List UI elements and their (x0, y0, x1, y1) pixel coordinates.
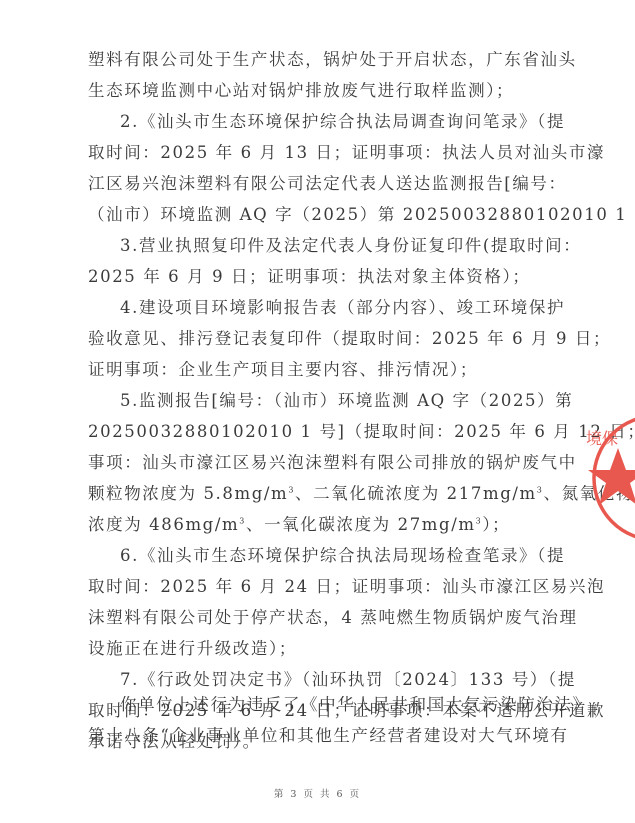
text-line: 江区易兴泡沫塑料有限公司法定代表人送达监测报告[编号： (88, 169, 552, 199)
text-line: 设施正在进行升级改造）； (88, 634, 552, 664)
evidence-item-3: 3.营业执照复印件及法定代表人身份证复印件(提取时间： (120, 231, 552, 261)
text-line: 事项：汕头市濠江区易兴泡沫塑料有限公司排放的锅炉废气中 (88, 448, 552, 478)
text-line: 取时间：2025 年 6 月 13 日；证明事项：执法人员对汕头市濠 (88, 138, 552, 168)
text-line: 第十八条“企业事业单位和其他生产经营者建设对大气环境有 (88, 721, 552, 751)
official-seal: 境保 (586, 408, 635, 548)
text-line: 沫塑料有限公司处于停产状态，4 蒸吨燃生物质锅炉废气治理 (88, 603, 552, 633)
evidence-item-2: 2.《汕头市生态环境保护综合执法局调查询问笔录》（提 (120, 107, 552, 137)
text-line: 证明事项：企业生产项目主要内容、排污情况）； (88, 355, 552, 385)
text-line: （汕市）环境监测 AQ 字（2025）第 20250032880102010 1… (88, 200, 552, 230)
seal-icon: 境保 (586, 408, 635, 548)
evidence-item-6: 6.《汕头市生态环境保护综合执法局现场检查笔录》（提 (120, 541, 552, 571)
text-line: 2025 年 6 月 9 日；证明事项：执法对象主体资格）； (88, 262, 552, 292)
evidence-item-5: 5.监测报告[编号：（汕市）环境监测 AQ 字（2025）第 (120, 386, 552, 416)
text-line: 生态环境监测中心站对锅炉排放废气进行取样监测）； (88, 76, 552, 106)
violation-paragraph: 你单位上述行为违反了《中华人民共和国大气污染防治法》 (120, 690, 552, 720)
text-line: 颗粒物浓度为 5.8mg/m3、二氧化硫浓度为 217mg/m3、氮氧化物 (88, 479, 552, 509)
svg-text:境保: 境保 (586, 429, 618, 448)
text-line: 取时间：2025 年 6 月 24 日；证明事项：汕头市濠江区易兴泡 (88, 572, 552, 602)
text-line: 验收意见、排污登记表复印件（提取时间：2025 年 6 月 9 日； (88, 324, 552, 354)
page-number: 第 3 页 共 6 页 (0, 786, 635, 800)
text-line: 20250032880102010 1 号]（提取时间：2025 年 6 月 1… (88, 417, 552, 447)
text-line: 塑料有限公司处于生产状态，锅炉处于开启状态，广东省汕头 (88, 45, 552, 75)
evidence-item-4: 4.建设项目环境影响报告表（部分内容）、竣工环境保护 (120, 293, 552, 323)
text-line: 浓度为 486mg/m3、一氧化碳浓度为 27mg/m3）； (88, 510, 552, 540)
